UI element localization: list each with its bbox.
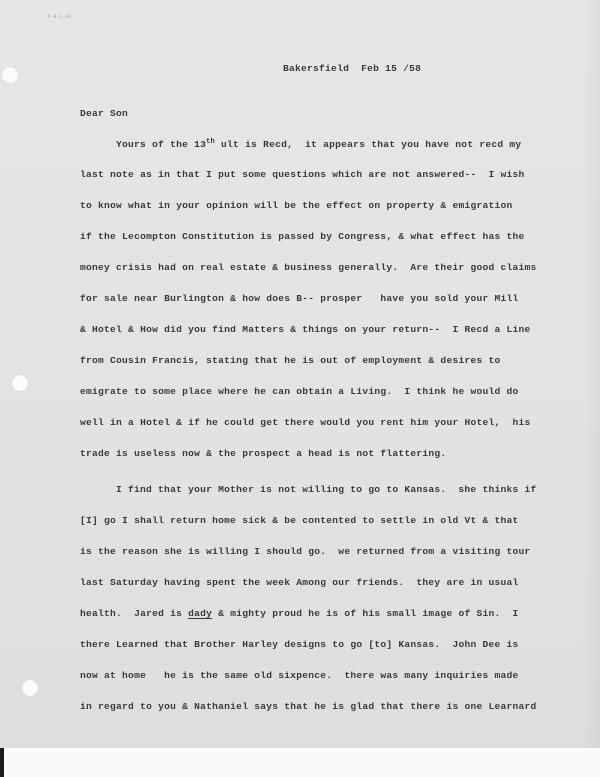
punch-hole-middle bbox=[12, 375, 28, 391]
punch-hole-top bbox=[2, 67, 18, 83]
letter-dateline: Bakersfield Feb 15 /58 bbox=[283, 63, 421, 74]
letter-line: from Cousin Francis, stating that he is … bbox=[80, 355, 501, 366]
underlined-word: dady bbox=[188, 608, 212, 619]
letter-line: for sale near Burlington & how does B-- … bbox=[80, 293, 519, 304]
letter-line: [I] go I shall return home sick & be con… bbox=[80, 515, 519, 526]
letter-line: I find that your Mother is not willing t… bbox=[116, 484, 537, 495]
archive-stamp: C-H-I-LK bbox=[48, 14, 71, 19]
letter-line: if the Lecompton Constitution is passed … bbox=[80, 231, 525, 242]
letter-line: health. Jared is dady & mighty proud he … bbox=[80, 608, 519, 619]
letter-line: now at home he is the same old sixpence.… bbox=[80, 670, 519, 681]
letter-line: money crisis had on real estate & busine… bbox=[80, 262, 537, 273]
letter-salutation: Dear Son bbox=[80, 108, 128, 119]
letter-line: to know what in your opinion will be the… bbox=[80, 200, 513, 211]
punch-hole-bottom bbox=[22, 680, 38, 696]
letter-line: there Learned that Brother Harley design… bbox=[80, 639, 519, 650]
scan-bottom-margin bbox=[0, 748, 600, 777]
letter-line: well in a Hotel & if he could get there … bbox=[80, 417, 531, 428]
letter-line: is the reason she is willing I should go… bbox=[80, 546, 531, 557]
letter-line: last Saturday having spent the week Amon… bbox=[80, 577, 519, 588]
letter-line: Yours of the 13th ult is Recd, it appear… bbox=[116, 138, 521, 150]
letter-line: emigrate to some place where he can obta… bbox=[80, 386, 519, 397]
scan-edge-artifact bbox=[0, 748, 4, 777]
letter-line: & Hotel & How did you find Matters & thi… bbox=[80, 324, 531, 335]
letter-line: in regard to you & Nathaniel says that h… bbox=[80, 701, 537, 712]
letter-line: last note as in that I put some question… bbox=[80, 169, 525, 180]
letter-line: trade is useless now & the prospect a he… bbox=[80, 448, 446, 459]
page-edge-shadow bbox=[582, 0, 600, 748]
superscript: th bbox=[206, 138, 215, 146]
scanned-letter-page: C-H-I-LK Bakersfield Feb 15 /58 Dear Son… bbox=[0, 0, 600, 748]
